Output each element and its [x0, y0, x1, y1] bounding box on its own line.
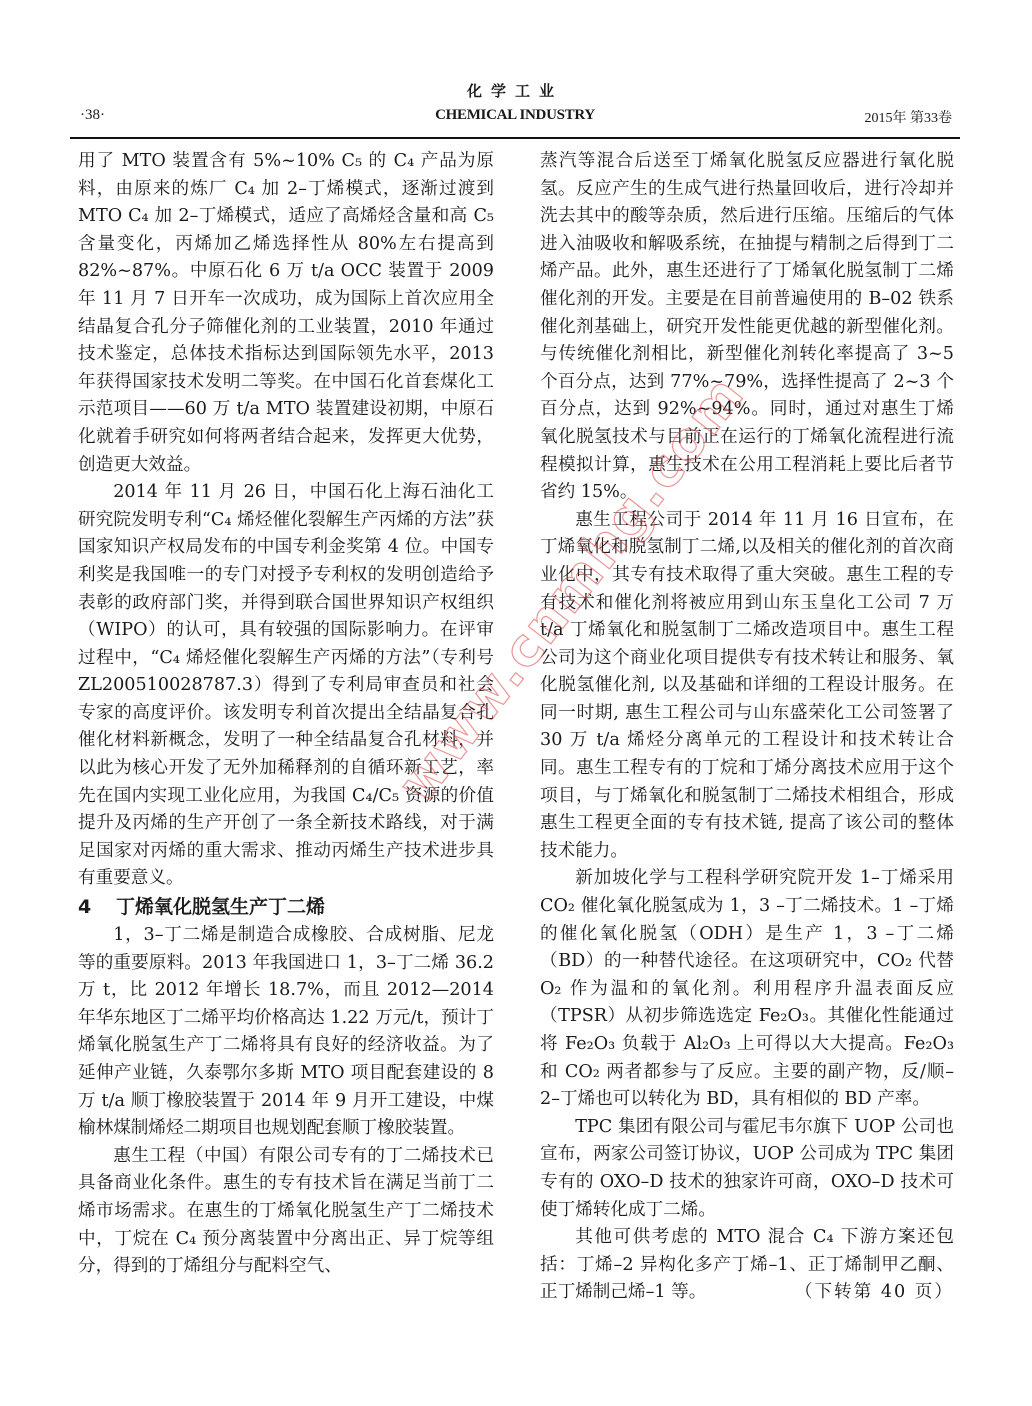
left-column: 用了 MTO 装置含有 5%~10% C₅ 的 C₄ 产品为原料，由原来的炼厂 …: [78, 148, 494, 1281]
paragraph: 其他可供考虑的 MTO 混合 C₄ 下游方案还包括：丁烯–2 异构化多产丁烯–1…: [540, 1224, 954, 1307]
page-header: 化学工业 ·38· CHEMICAL INDUSTRY 2015年 第33卷: [70, 80, 960, 140]
journal-title-en: CHEMICAL INDUSTRY: [70, 107, 960, 124]
paragraph: 惠生工程（中国）有限公司专有的丁二烯技术已具备商业化条件。惠生的专有技术旨在满足…: [78, 1143, 494, 1281]
section-heading: 4丁烯氧化脱氢生产丁二烯: [78, 893, 494, 922]
section-title: 丁烯氧化脱氢生产丁二烯: [116, 896, 325, 918]
continuation-note: （下转第 40 页）: [760, 1279, 954, 1307]
volume-info: 2015年 第33卷: [865, 107, 953, 127]
paragraph: 用了 MTO 装置含有 5%~10% C₅ 的 C₄ 产品为原料，由原来的炼厂 …: [78, 148, 494, 479]
paragraph: 新加坡化学与工程科学研究院开发 1–丁烯采用 CO₂ 催化氧化脱氢成为 1，3 …: [540, 865, 954, 1113]
paragraph: 蒸汽等混合后送至丁烯氧化脱氢反应器进行氧化脱氢。反应产生的生成气进行热量回收后，…: [540, 148, 954, 507]
paragraph: 1，3–丁二烯是制造合成橡胶、合成树脂、尼龙等的重要原料。2013 年我国进口 …: [78, 922, 494, 1143]
header-rule: [70, 137, 960, 139]
section-number: 4: [78, 893, 116, 922]
paragraph: 惠生工程公司于 2014 年 11 月 16 日宣布，在丁烯氧化和脱氢制丁二烯,…: [540, 507, 954, 866]
right-column: 蒸汽等混合后送至丁烯氧化脱氢反应器进行氧化脱氢。反应产生的生成气进行热量回收后，…: [540, 148, 954, 1307]
paragraph: TPC 集团有限公司与霍尼韦尔旗下 UOP 公司也宣布，两家公司签订协议，UOP…: [540, 1114, 954, 1224]
journal-title-cn: 化学工业: [70, 80, 960, 101]
paragraph: 2014 年 11 月 26 日，中国石化上海石油化工研究院发明专利“C₄ 烯烃…: [78, 479, 494, 893]
